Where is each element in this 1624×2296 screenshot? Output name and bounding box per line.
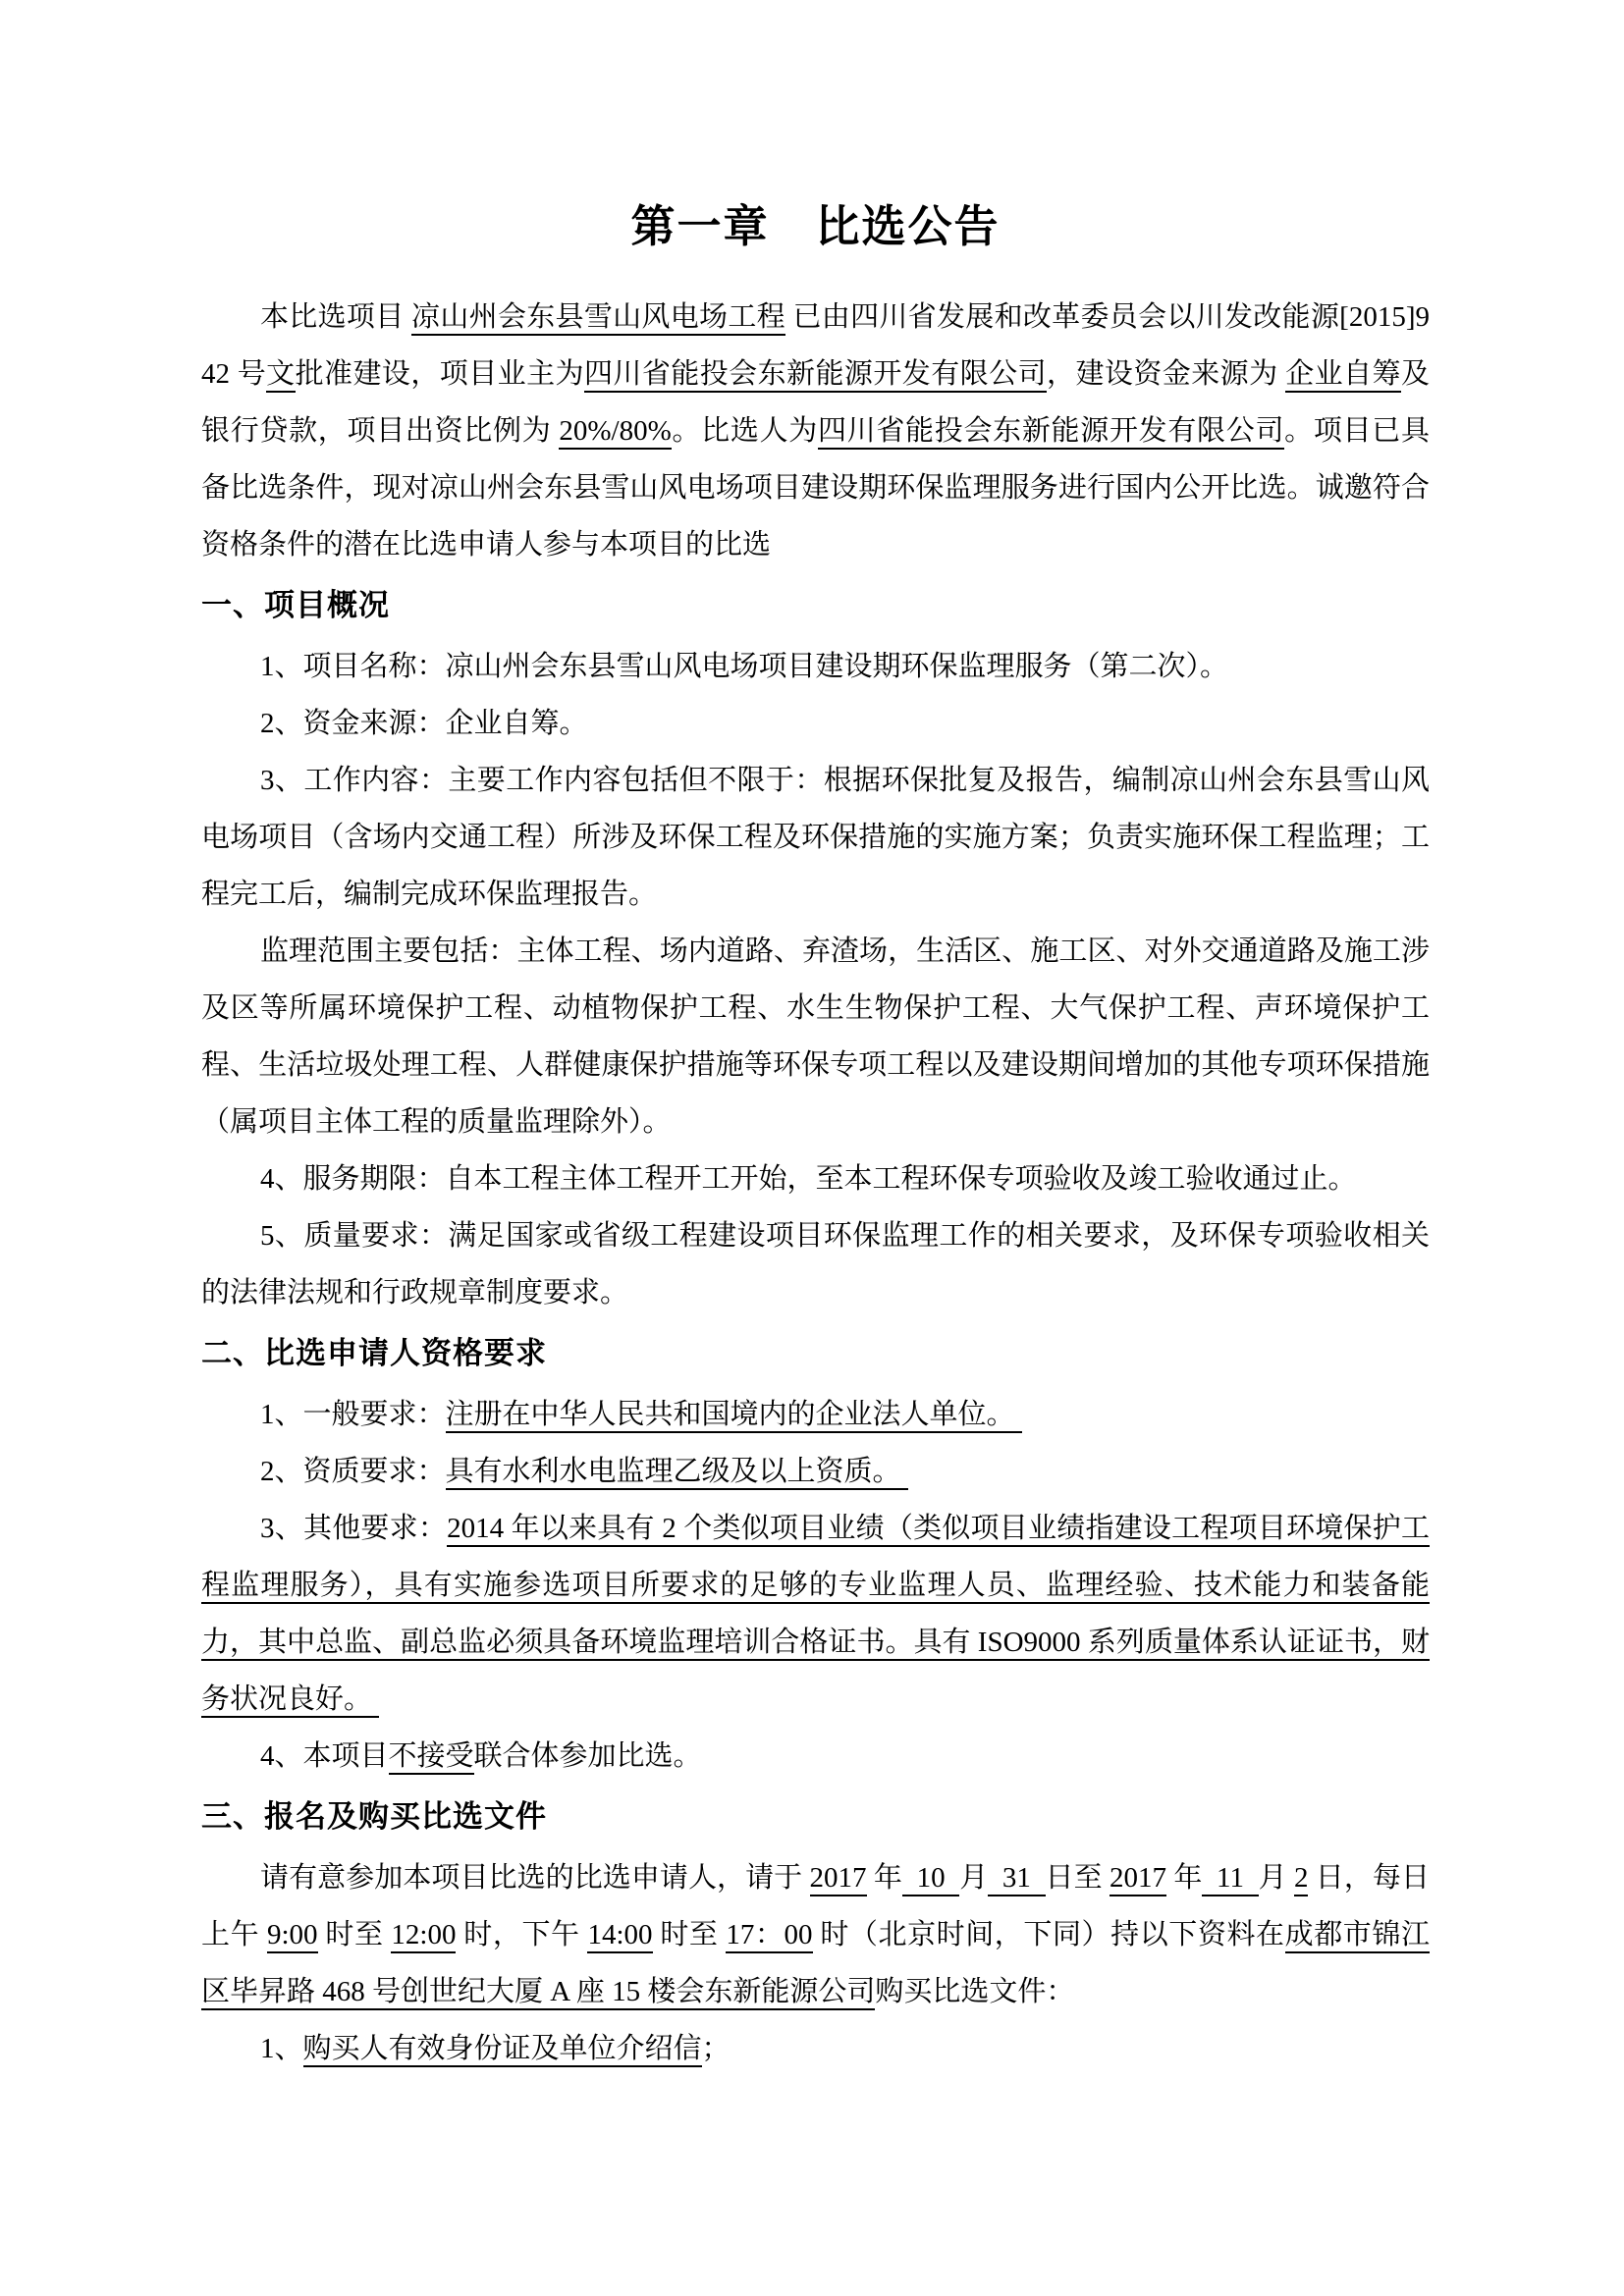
- text-run: 时，下午: [456, 1919, 587, 1950]
- supervision-scope-paragraph: 监理范围主要包括：主体工程、场内道路、弃渣场，生活区、施工区、对外交通道路及施工…: [201, 923, 1430, 1150]
- text-run: 1、: [260, 2033, 303, 2064]
- underlined-text-run: 31: [988, 1862, 1045, 1896]
- text-run: 1、一般要求：: [260, 1399, 446, 1430]
- text-run: 月: [1259, 1862, 1294, 1894]
- text-run: 批准建设，项目业主为: [296, 358, 584, 390]
- document-body: 本比选项目 凉山州会东县雪山风电场工程 已由四川省发展和改革委员会以川发改能源[…: [201, 289, 1430, 2077]
- underlined-text-run: 2017: [1110, 1862, 1166, 1896]
- underlined-text-run: 不接受: [389, 1740, 474, 1775]
- text-run: 。比选人为: [672, 415, 818, 447]
- text-run: 4、服务期限：自本工程主体工程开工开始，至本工程环保专项验收及竣工验收通过止。: [260, 1163, 1357, 1195]
- underlined-text-run: 12:00: [391, 1919, 456, 1953]
- registration-paragraph: 请有意参加本项目比选的比选申请人，请于 2017 年 10 月 31 日至 20…: [201, 1849, 1430, 2020]
- underlined-text-run: 17：00: [726, 1919, 812, 1953]
- underlined-text-run: 凉山州会东县雪山风电场工程: [411, 301, 785, 336]
- text-run: 日至: [1046, 1862, 1110, 1894]
- text-run: 时（北京时间，下同）持以下资料在: [813, 1919, 1285, 1950]
- underlined-text-run: 企业自筹: [1285, 358, 1401, 393]
- text-run: 二、比选申请人资格要求: [201, 1336, 547, 1370]
- item-buyer-id: 1、购买人有效身份证及单位介绍信；: [201, 2020, 1430, 2077]
- underlined-text-run: 注册在中华人民共和国境内的企业法人单位。: [446, 1399, 1022, 1433]
- item-work-content: 3、工作内容：主要工作内容包括但不限于：根据环保批复及报告，编制凉山州会东县雪山…: [201, 752, 1430, 923]
- section-2-heading: 二、比选申请人资格要求: [201, 1325, 1430, 1382]
- text-run: 时至: [318, 1919, 392, 1950]
- text-run: 三、报名及购买比选文件: [201, 1799, 547, 1834]
- underlined-text-run: 2017: [810, 1862, 867, 1896]
- underlined-text-run: 9:00: [267, 1919, 318, 1953]
- text-run: 2、资金来源：企业自筹。: [260, 708, 588, 739]
- section-1-heading: 一、项目概况: [201, 577, 1430, 634]
- text-run: 3、其他要求：: [260, 1513, 447, 1544]
- underlined-text-run: 20%/80%: [559, 415, 671, 450]
- text-run: 本比选项目: [260, 301, 411, 333]
- text-run: 监理范围主要包括：主体工程、场内道路、弃渣场，生活区、施工区、对外交通道路及施工…: [201, 935, 1430, 1138]
- text-run: 年: [867, 1862, 902, 1894]
- underlined-text-run: 四川省能投会东新能源开发有限公司: [584, 358, 1047, 393]
- item-other-requirement: 3、其他要求：2014 年以来具有 2 个类似项目业绩（类似项目业绩指建设工程项…: [201, 1500, 1430, 1728]
- underlined-text-run: 文: [266, 358, 295, 393]
- text-run: 4、本项目: [260, 1740, 389, 1772]
- item-qualification-requirement: 2、资质要求：具有水利水电监理乙级及以上资质。: [201, 1443, 1430, 1500]
- text-run: 月: [959, 1862, 988, 1894]
- underlined-text-run: 四川省能投会东新能源开发有限公司: [818, 415, 1284, 450]
- text-run: 年: [1166, 1862, 1202, 1894]
- item-funding-source: 2、资金来源：企业自筹。: [201, 695, 1430, 752]
- underlined-text-run: 具有水利水电监理乙级及以上资质。: [446, 1456, 908, 1490]
- text-run: 5、质量要求：满足国家或省级工程建设项目环保监理工作的相关要求，及环保专项验收相…: [201, 1220, 1430, 1308]
- intro-paragraph: 本比选项目 凉山州会东县雪山风电场工程 已由四川省发展和改革委员会以川发改能源[…: [201, 289, 1430, 573]
- item-project-name: 1、项目名称：凉山州会东县雪山风电场项目建设期环保监理服务（第二次）。: [201, 638, 1430, 695]
- text-run: 1、项目名称：凉山州会东县雪山风电场项目建设期环保监理服务（第二次）。: [260, 651, 1228, 682]
- underlined-text-run: 2: [1294, 1862, 1309, 1896]
- text-run: 联合体参加比选。: [474, 1740, 702, 1772]
- text-run: ，建设资金来源为: [1047, 358, 1285, 390]
- item-no-consortium: 4、本项目不接受联合体参加比选。: [201, 1728, 1430, 1785]
- text-run: 3、工作内容：主要工作内容包括但不限于：根据环保批复及报告，编制凉山州会东县雪山…: [201, 765, 1430, 910]
- underlined-text-run: 11: [1202, 1862, 1258, 1896]
- underlined-text-run: 14:00: [587, 1919, 652, 1953]
- item-service-period: 4、服务期限：自本工程主体工程开工开始，至本工程环保专项验收及竣工验收通过止。: [201, 1150, 1430, 1207]
- document-page: 第一章 比选公告 本比选项目 凉山州会东县雪山风电场工程 已由四川省发展和改革委…: [0, 0, 1624, 2296]
- text-run: 请有意参加本项目比选的比选申请人，请于: [260, 1862, 810, 1894]
- item-general-requirement: 1、一般要求：注册在中华人民共和国境内的企业法人单位。: [201, 1386, 1430, 1443]
- item-quality-requirement: 5、质量要求：满足国家或省级工程建设项目环保监理工作的相关要求，及环保专项验收相…: [201, 1207, 1430, 1321]
- underlined-text-run: 10: [902, 1862, 959, 1896]
- text-run: 时至: [653, 1919, 727, 1950]
- section-3-heading: 三、报名及购买比选文件: [201, 1789, 1430, 1845]
- text-run: 一、项目概况: [201, 588, 390, 622]
- text-run: 2、资质要求：: [260, 1456, 446, 1487]
- text-run: 购买比选文件：: [875, 1976, 1074, 2007]
- text-run: ；: [702, 2033, 731, 2064]
- page-title: 第一章 比选公告: [201, 192, 1430, 261]
- underlined-text-run: 购买人有效身份证及单位介绍信: [303, 2033, 702, 2067]
